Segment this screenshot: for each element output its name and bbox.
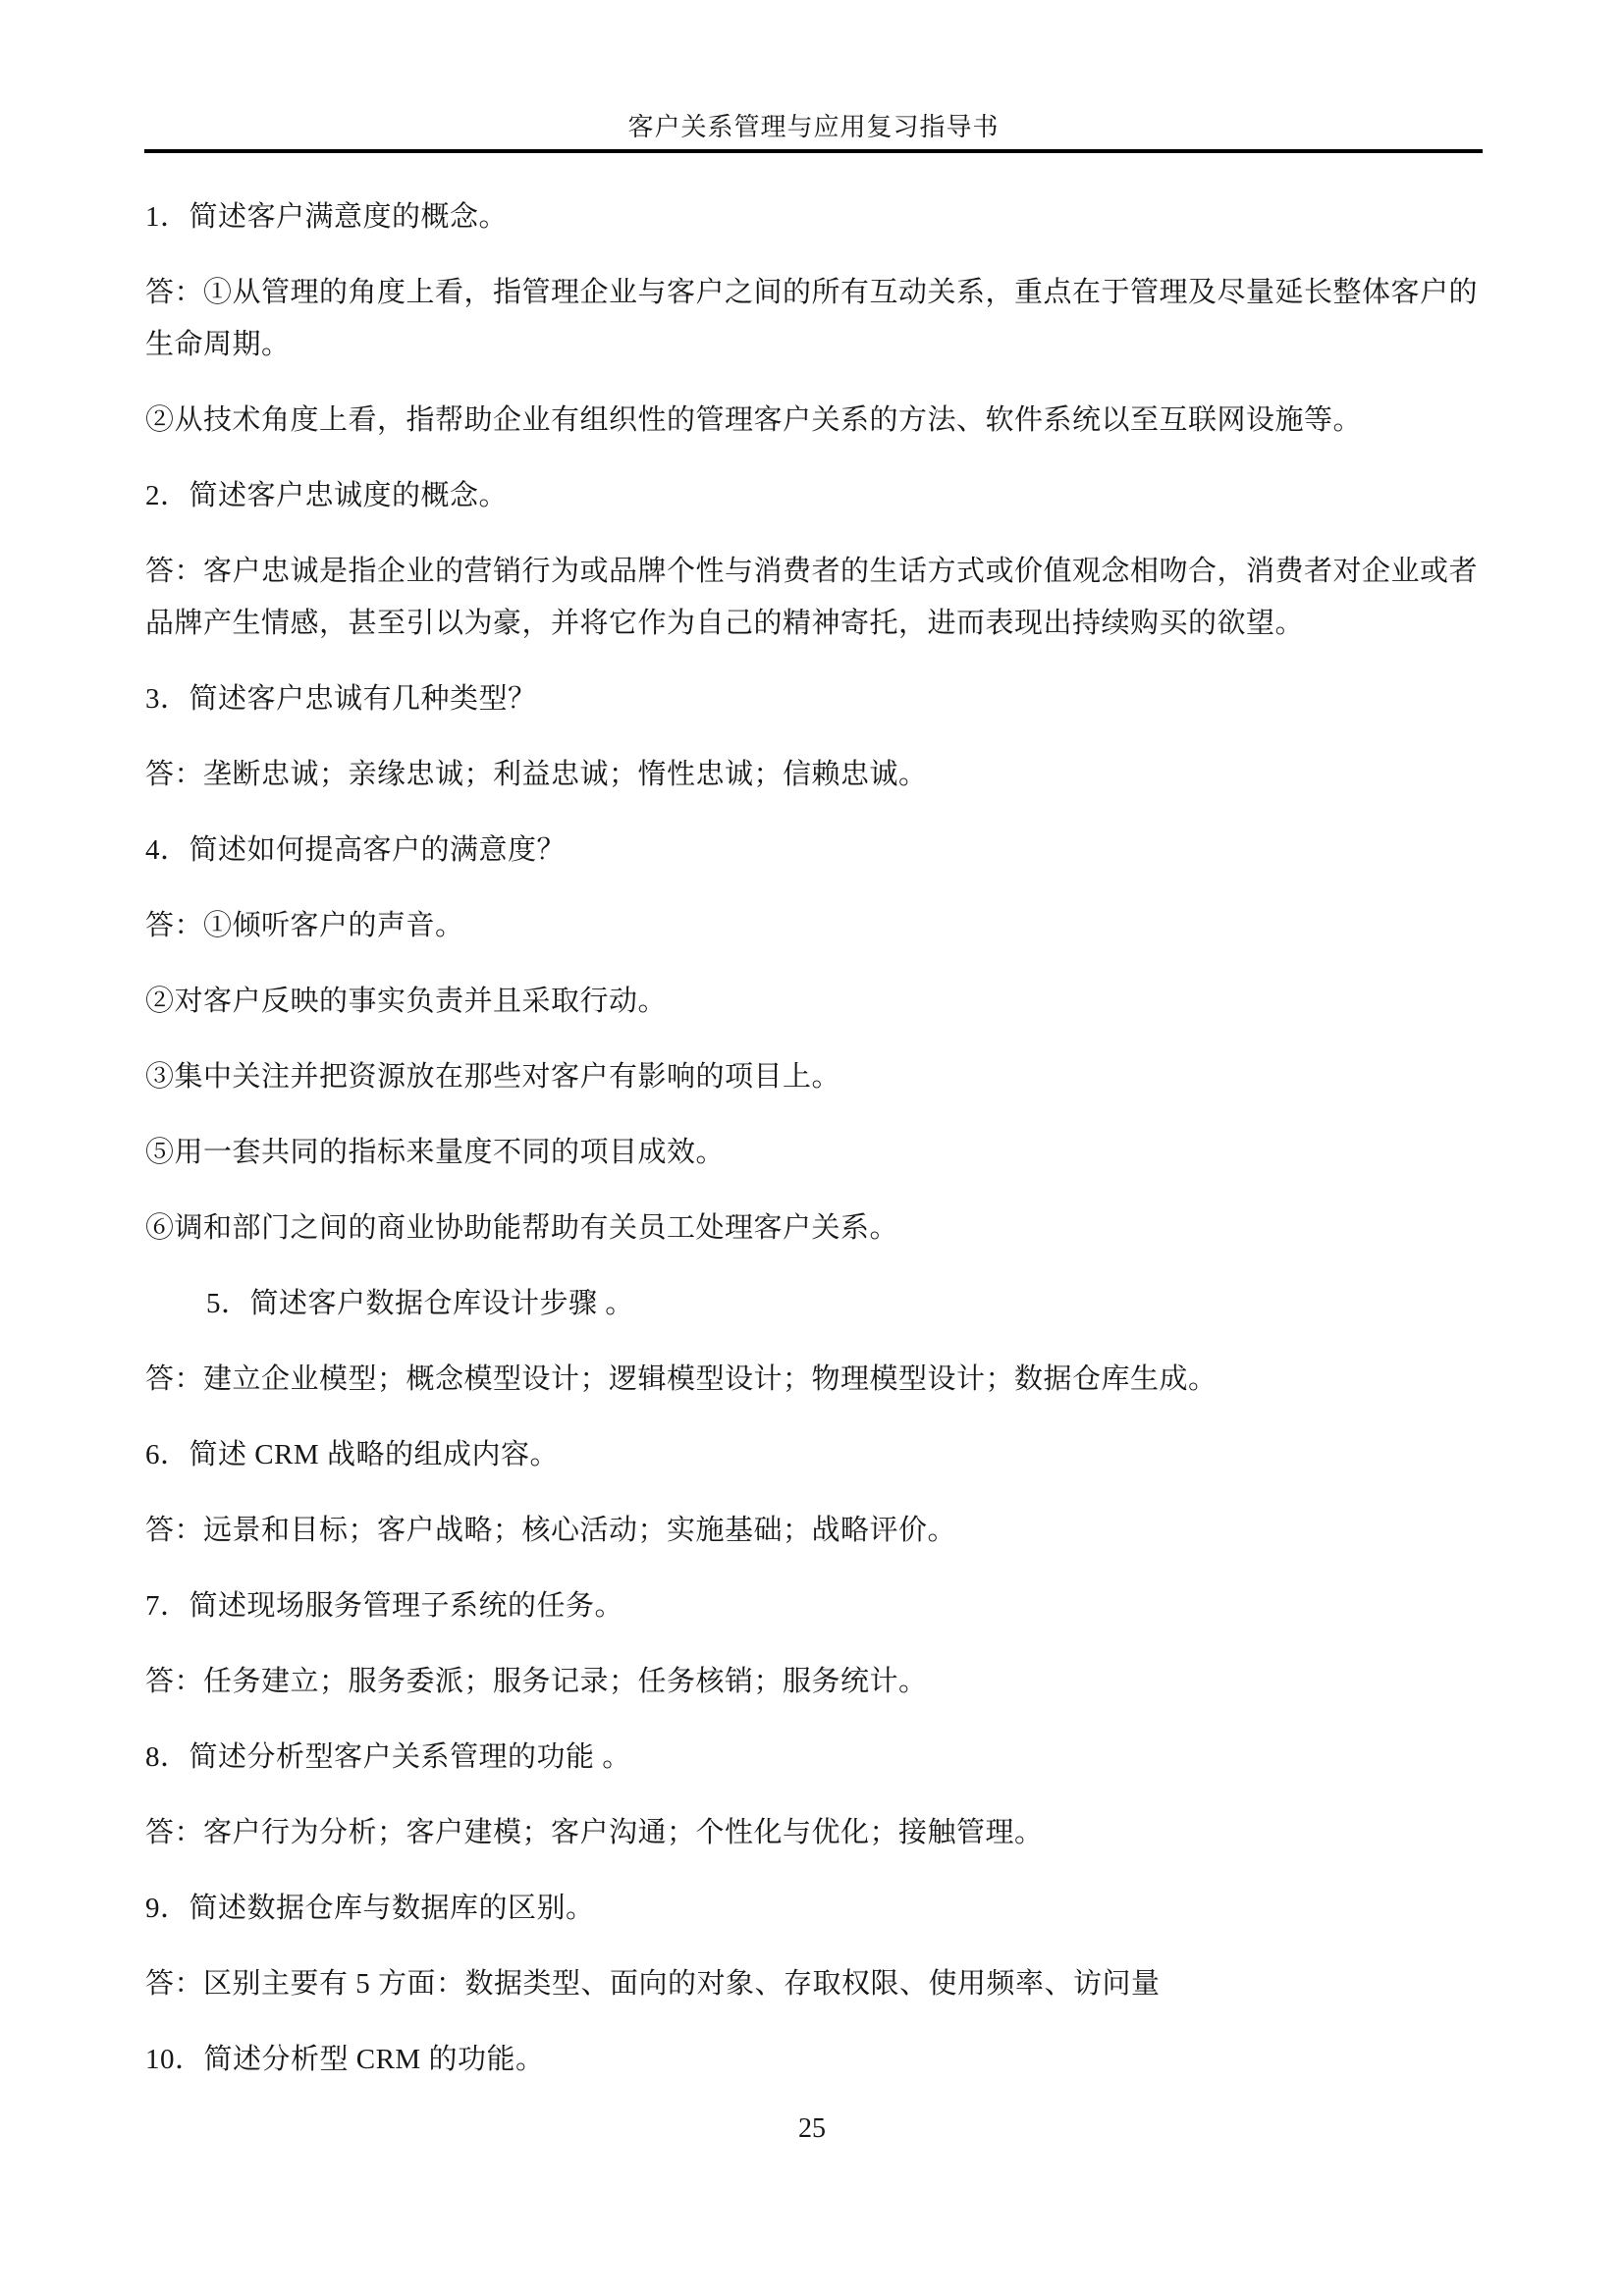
- answer-4-point-3-text: ③集中关注并把资源放在那些对客户有影响的项目上。: [145, 1051, 1487, 1103]
- answer-4-point-6-text: ⑥调和部门之间的商业协助能帮助有关员工处理客户关系。: [145, 1202, 1487, 1255]
- question-5: 5．简述客户数据仓库设计步骤 。: [145, 1278, 1487, 1330]
- question-10-text: 10．简述分析型 CRM 的功能。: [145, 2034, 1487, 2086]
- question-8: 8．简述分析型客户关系管理的功能 。: [145, 1732, 1487, 1784]
- answer-2-line-1: 答：客户忠诚是指企业的营销行为或品牌个性与消费者的生话方式或价值观念相吻合，消费…: [145, 546, 1487, 598]
- answer-2-line-2: 品牌产生情感，甚至引以为豪，并将它作为自己的精神寄托，进而表现出持续购买的欲望。: [145, 598, 1487, 650]
- question-9: 9．简述数据仓库与数据库的区别。: [145, 1883, 1487, 1935]
- answer-4-point-2-text: ②对客户反映的事实负责并且采取行动。: [145, 976, 1487, 1028]
- question-6-text: 6．简述 CRM 战略的组成内容。: [145, 1429, 1487, 1481]
- question-2-text: 2．简述客户忠诚度的概念。: [145, 470, 1487, 522]
- question-7: 7．简述现场服务管理子系统的任务。: [145, 1580, 1487, 1632]
- answer-4-point-6: ⑥调和部门之间的商业协助能帮助有关员工处理客户关系。: [145, 1202, 1487, 1255]
- document-title: 客户关系管理与应用复习指导书: [144, 111, 1483, 144]
- question-6: 6．简述 CRM 战略的组成内容。: [145, 1429, 1487, 1481]
- question-2: 2．简述客户忠诚度的概念。: [145, 470, 1487, 522]
- answer-4-point-1: 答：①倾听客户的声音。: [145, 900, 1487, 952]
- document-page: 客户关系管理与应用复习指导书 1．简述客户满意度的概念。 答：①从管理的角度上看…: [0, 0, 1624, 2296]
- page-header: 客户关系管理与应用复习指导书: [144, 0, 1483, 153]
- answer-1-line-2: 生命周期。: [145, 319, 1487, 371]
- answer-4-point-5-text: ⑤用一套共同的指标来量度不同的项目成效。: [145, 1127, 1487, 1179]
- question-8-text: 8．简述分析型客户关系管理的功能 。: [145, 1732, 1487, 1784]
- question-7-text: 7．简述现场服务管理子系统的任务。: [145, 1580, 1487, 1632]
- answer-4-point-5: ⑤用一套共同的指标来量度不同的项目成效。: [145, 1127, 1487, 1179]
- question-3: 3．简述客户忠诚有几种类型？: [145, 673, 1487, 725]
- answer-8: 答：客户行为分析；客户建模；客户沟通；个性化与优化；接触管理。: [145, 1807, 1487, 1859]
- answer-1-point-2-text: ②从技术角度上看，指帮助企业有组织性的管理客户关系的方法、软件系统以至互联网设施…: [145, 395, 1487, 447]
- answer-9-text: 答：区别主要有 5 方面：数据类型、面向的对象、存取权限、使用频率、访问量: [145, 1958, 1487, 2010]
- answer-3-text: 答：垄断忠诚；亲缘忠诚；利益忠诚；惰性忠诚；信赖忠诚。: [145, 749, 1487, 801]
- answer-6-text: 答：远景和目标；客户战略；核心活动；实施基础；战略评价。: [145, 1505, 1487, 1557]
- answer-3: 答：垄断忠诚；亲缘忠诚；利益忠诚；惰性忠诚；信赖忠诚。: [145, 749, 1487, 801]
- question-9-text: 9．简述数据仓库与数据库的区别。: [145, 1883, 1487, 1935]
- question-4-text: 4．简述如何提高客户的满意度？: [145, 825, 1487, 877]
- answer-9: 答：区别主要有 5 方面：数据类型、面向的对象、存取权限、使用频率、访问量: [145, 1958, 1487, 2010]
- answer-5: 答：建立企业模型；概念模型设计；逻辑模型设计；物理模型设计；数据仓库生成。: [145, 1354, 1487, 1406]
- answer-4-point-1-text: 答：①倾听客户的声音。: [145, 900, 1487, 952]
- answer-4-point-2: ②对客户反映的事实负责并且采取行动。: [145, 976, 1487, 1028]
- answer-6: 答：远景和目标；客户战略；核心活动；实施基础；战略评价。: [145, 1505, 1487, 1557]
- document-body: 1．简述客户满意度的概念。 答：①从管理的角度上看，指管理企业与客户之间的所有互…: [145, 191, 1487, 2086]
- question-4: 4．简述如何提高客户的满意度？: [145, 825, 1487, 877]
- question-10: 10．简述分析型 CRM 的功能。: [145, 2034, 1487, 2086]
- answer-8-text: 答：客户行为分析；客户建模；客户沟通；个性化与优化；接触管理。: [145, 1807, 1487, 1859]
- answer-1-point-2: ②从技术角度上看，指帮助企业有组织性的管理客户关系的方法、软件系统以至互联网设施…: [145, 395, 1487, 447]
- answer-5-text: 答：建立企业模型；概念模型设计；逻辑模型设计；物理模型设计；数据仓库生成。: [145, 1354, 1487, 1406]
- answer-1: 答：①从管理的角度上看，指管理企业与客户之间的所有互动关系，重点在于管理及尽量延…: [145, 267, 1487, 371]
- question-1: 1．简述客户满意度的概念。: [145, 191, 1487, 243]
- answer-1-line-1: 答：①从管理的角度上看，指管理企业与客户之间的所有互动关系，重点在于管理及尽量延…: [145, 267, 1487, 319]
- question-3-text: 3．简述客户忠诚有几种类型？: [145, 673, 1487, 725]
- question-5-text: 5．简述客户数据仓库设计步骤 。: [206, 1278, 1487, 1330]
- question-1-text: 1．简述客户满意度的概念。: [145, 191, 1487, 243]
- answer-7: 答：任务建立；服务委派；服务记录；任务核销；服务统计。: [145, 1656, 1487, 1708]
- page-number: 25: [798, 2109, 826, 2149]
- answer-7-text: 答：任务建立；服务委派；服务记录；任务核销；服务统计。: [145, 1656, 1487, 1708]
- answer-4-point-3: ③集中关注并把资源放在那些对客户有影响的项目上。: [145, 1051, 1487, 1103]
- page-footer: 25: [0, 2109, 1624, 2149]
- answer-2: 答：客户忠诚是指企业的营销行为或品牌个性与消费者的生话方式或价值观念相吻合，消费…: [145, 546, 1487, 650]
